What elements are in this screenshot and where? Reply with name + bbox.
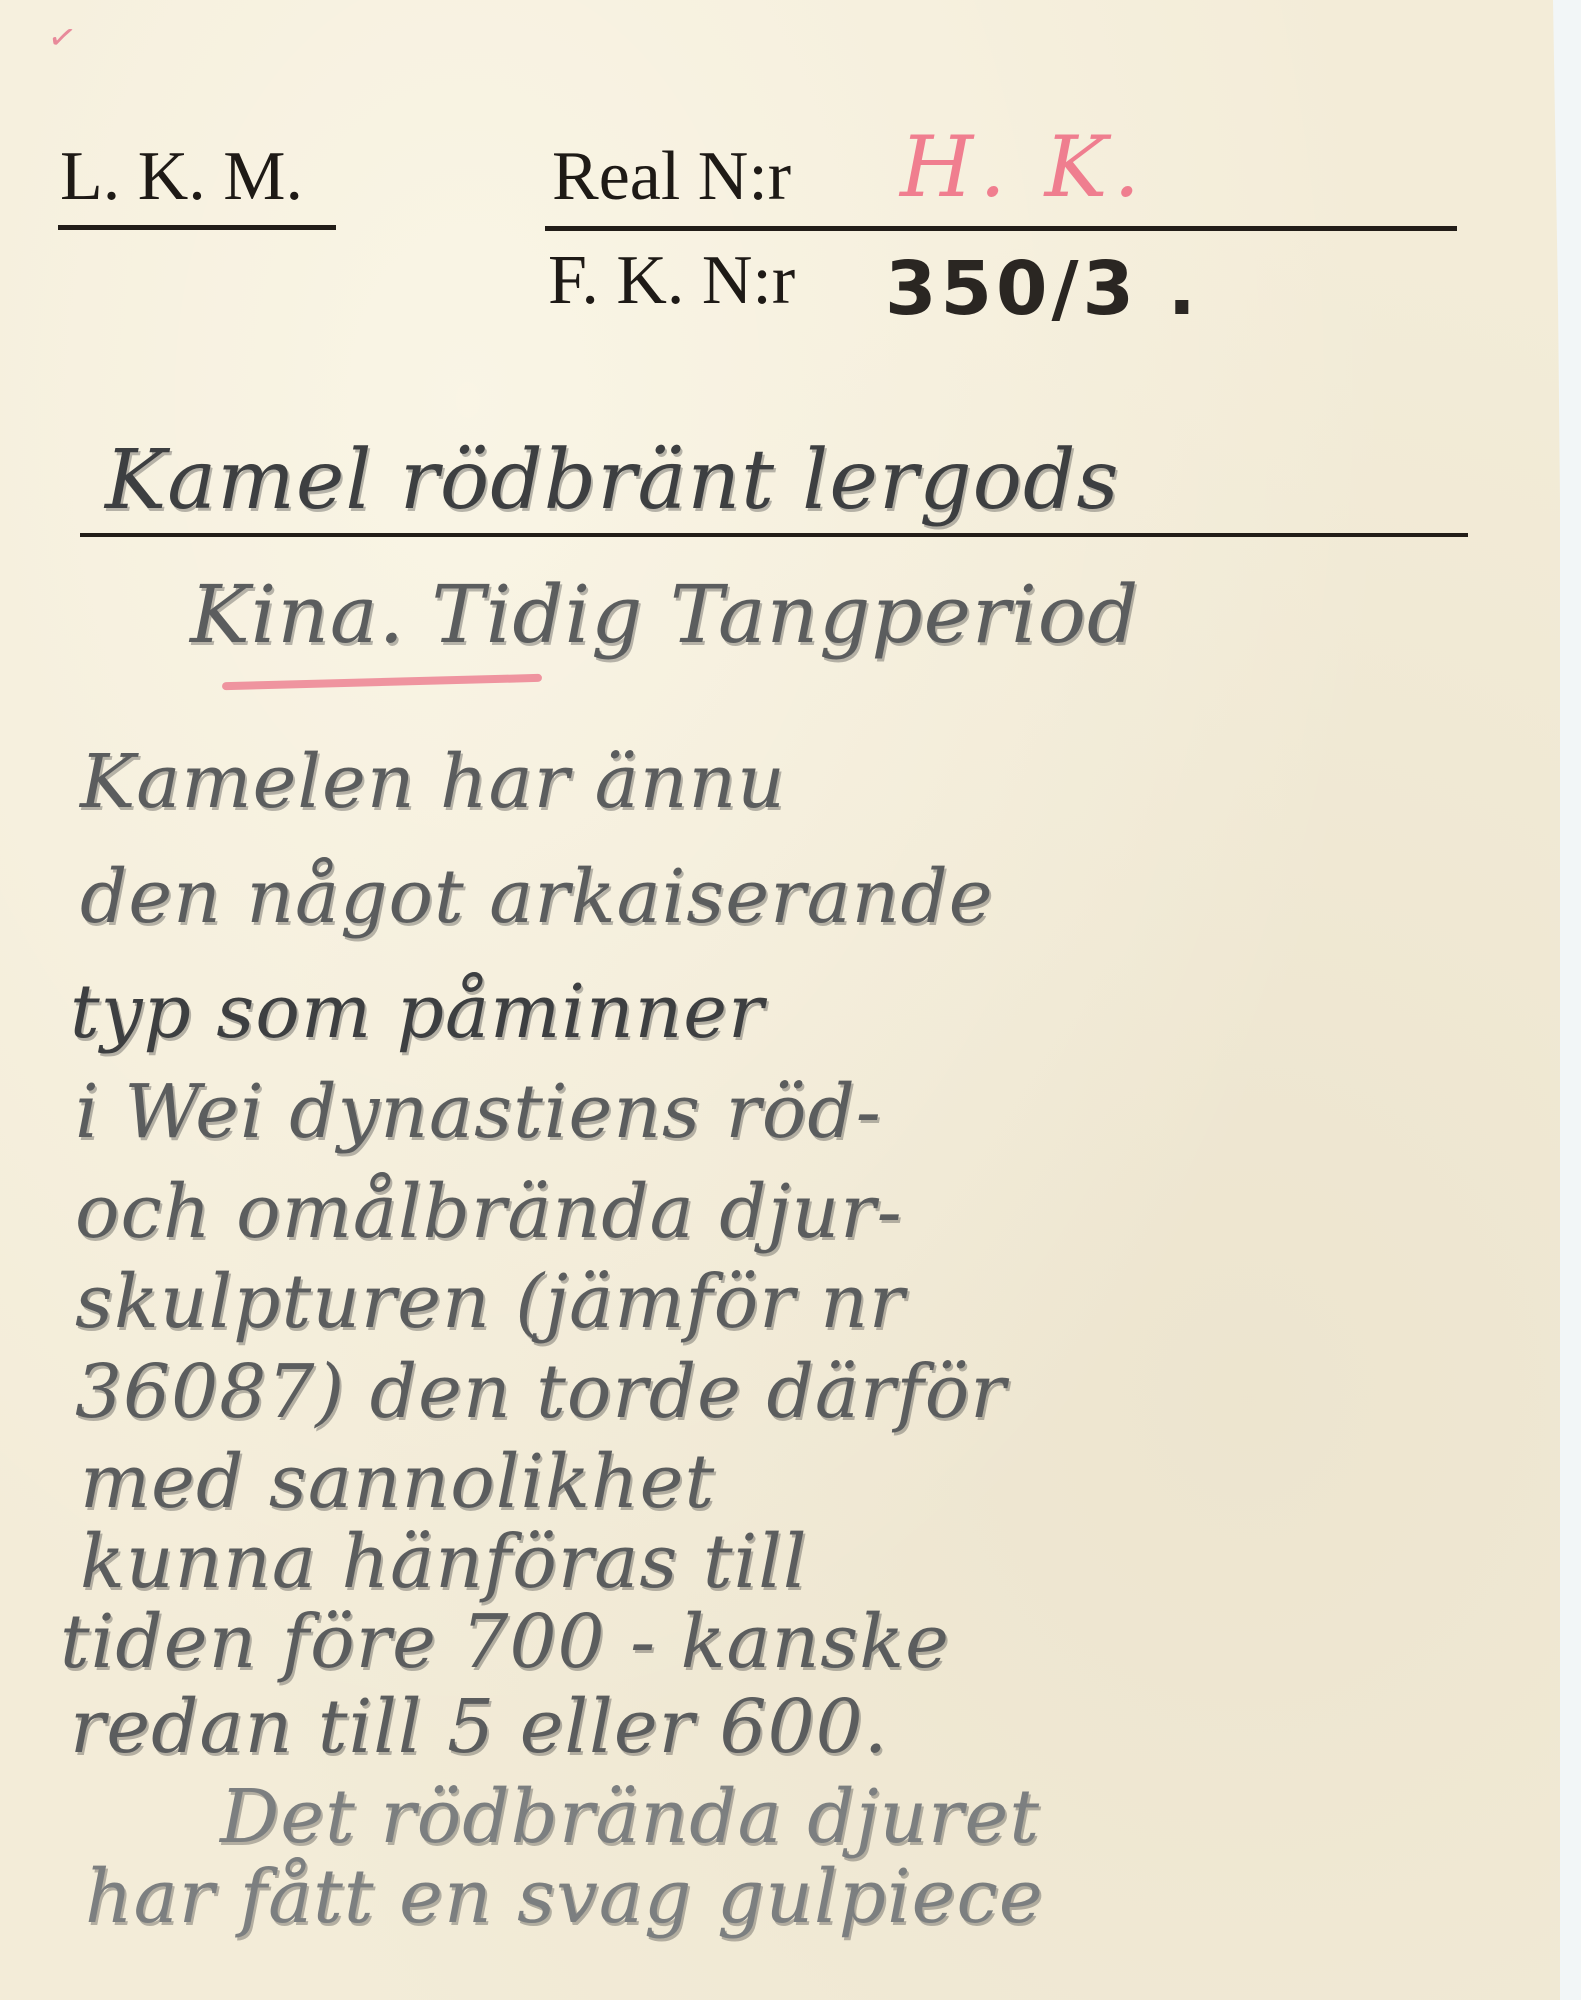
body-line: och omålbrända djur- (75, 1175, 903, 1249)
red-pencil-underline (222, 674, 542, 690)
body-line: har fått en svag gulpiece (85, 1860, 1044, 1934)
body-line: den något arkaiserande (80, 860, 994, 934)
red-check-mark-icon: ✓ (45, 16, 80, 60)
museum-label: L. K. M. (60, 142, 303, 212)
real-number-label: Real N:r (552, 142, 791, 212)
body-line: tiden före 700 - kanske (60, 1605, 950, 1679)
catalogue-card: ✓ L. K. M. Real N:r H. K. F. K. N:r 350/… (0, 0, 1560, 2000)
header-divider (545, 226, 1457, 231)
fk-number-label: F. K. N:r (548, 246, 795, 316)
body-line: redan till 5 eller 600. (70, 1690, 888, 1764)
body-line: kunna hänföras till (80, 1525, 808, 1599)
body-line: skulpturen (jämför nr (75, 1265, 905, 1339)
body-line: Det rödbrända djuret (220, 1780, 1040, 1854)
body-line: Kamelen har ännu (80, 745, 786, 819)
body-line: typ som påminner (70, 975, 764, 1049)
real-number-value: H. K. (900, 118, 1146, 216)
title-divider (80, 533, 1468, 537)
fk-number-value: 350/3 . (885, 246, 1200, 332)
museum-label-underline (58, 225, 336, 230)
body-line: med sannolikhet (80, 1445, 715, 1519)
body-line: 36087) den torde därför (75, 1355, 1007, 1429)
title-line-1: Kamel rödbränt lergods (105, 440, 1120, 522)
title-line-2: Kina. Tidig Tangperiod (190, 575, 1139, 655)
body-line: i Wei dynastiens röd- (75, 1075, 882, 1149)
